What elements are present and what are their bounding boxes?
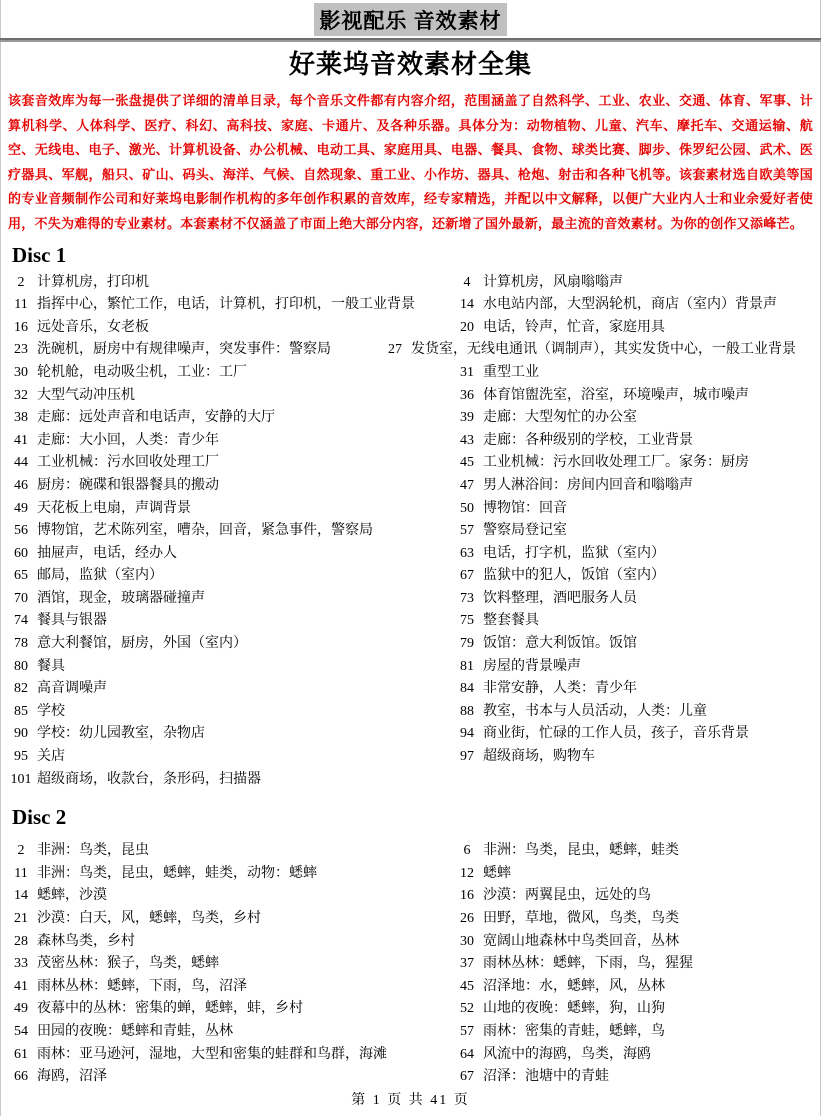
track-description: 沼泽地：水，蟋蟀，风，丛林 <box>483 979 665 994</box>
track-item: 16沙漠：两翼昆虫，远处的鸟 <box>455 885 651 908</box>
track-description: 雨林：密集的青蛙，蟋蟀，鸟 <box>483 1024 665 1039</box>
track-description: 沼泽：池塘中的青蛙 <box>483 1069 609 1084</box>
disc-section: Disc 22非洲：鸟类，昆虫6非洲：鸟类，昆虫，蟋蟀，蛙类11非洲：鸟类，昆虫… <box>0 804 821 1089</box>
track-item: 63电话，打字机，监狱（室内） <box>455 543 665 566</box>
track-number: 101 <box>9 769 33 792</box>
track-description: 雨林丛林：蟋蟀，下雨，鸟，沼泽 <box>37 979 247 994</box>
track-row: 70酒馆，现金，玻璃器碰撞声73饮料整理，酒吧服务人员 <box>0 588 821 611</box>
track-item: 84非常安静，人类：青少年 <box>455 678 637 701</box>
track-row: 56博物馆，艺术陈列室，嘈杂，回音，紧急事件，警察局57警察局登记室 <box>0 520 821 543</box>
track-description: 监狱中的犯人，饭馆（室内） <box>483 568 665 583</box>
track-row: 85学校88教室，书本与人员活动，人类：儿童 <box>0 701 821 724</box>
track-number: 47 <box>455 475 479 498</box>
track-row: 80餐具81房屋的背景噪声 <box>0 656 821 679</box>
track-item: 43走廊：各种级别的学校，工业背景 <box>455 430 693 453</box>
track-item: 78意大利餐馆，厨房，外国（室内） <box>0 636 247 651</box>
track-description: 工业机械：污水回收处理工厂。家务：厨房 <box>483 455 749 470</box>
track-description: 教室，书本与人员活动，人类：儿童 <box>483 704 707 719</box>
track-number: 50 <box>455 498 479 521</box>
track-item: 95关店 <box>0 749 65 764</box>
track-item: 80餐具 <box>0 659 65 674</box>
track-number: 21 <box>9 908 33 931</box>
track-description: 商业街，忙碌的工作人员，孩子，音乐背景 <box>483 726 749 741</box>
track-number: 88 <box>455 701 479 724</box>
track-number: 82 <box>9 678 33 701</box>
track-number: 78 <box>9 633 33 656</box>
track-item: 41雨林丛林：蟋蟀，下雨，鸟，沼泽 <box>0 979 247 994</box>
track-item: 27发货室，无线电通讯（调制声），其实发货中心，一般工业背景 <box>383 339 796 362</box>
page-title: 好莱坞音效素材全集 <box>0 48 821 82</box>
track-description: 意大利餐馆，厨房，外国（室内） <box>37 636 247 651</box>
track-row: 65邮局，监狱（室内）67监狱中的犯人，饭馆（室内） <box>0 565 821 588</box>
track-item: 31重型工业 <box>455 362 539 385</box>
page-number-text: 第 1 页 共 41 页 <box>351 1093 470 1108</box>
track-item: 57雨林：密集的青蛙，蟋蟀，鸟 <box>455 1021 665 1044</box>
track-row: 41雨林丛林：蟋蟀，下雨，鸟，沼泽45沼泽地：水，蟋蟀，风，丛林 <box>0 976 821 999</box>
track-description: 饮料整理，酒吧服务人员 <box>483 591 637 606</box>
track-description: 房屋的背景噪声 <box>483 659 581 674</box>
track-number: 56 <box>9 520 33 543</box>
track-description: 远处音乐，女老板 <box>37 320 149 335</box>
track-item: 6非洲：鸟类，昆虫，蟋蟀，蛙类 <box>455 840 679 863</box>
track-row: 82高音调噪声84非常安静，人类：青少年 <box>0 678 821 701</box>
track-row: 74餐具与银器75整套餐具 <box>0 610 821 633</box>
track-number: 84 <box>455 678 479 701</box>
track-row: 32大型气动冲压机36体育馆盥洗室，浴室，环境噪声，城市噪声 <box>0 385 821 408</box>
track-item: 66海鸥，沼泽 <box>0 1069 107 1084</box>
track-row: 2计算机房，打印机4计算机房，风扇嗡嗡声 <box>0 272 821 295</box>
track-item: 20电话，铃声，忙音，家庭用具 <box>455 317 665 340</box>
track-description: 轮机舱，电动吸尘机，工业：工厂 <box>37 365 247 380</box>
track-item: 16远处音乐，女老板 <box>0 320 149 335</box>
track-item: 57警察局登记室 <box>455 520 567 543</box>
track-description: 学校：幼儿园教室，杂物店 <box>37 726 205 741</box>
track-description: 风流中的海鸥，鸟类，海鸥 <box>483 1047 651 1062</box>
track-item: 47男人淋浴间：房间内回音和嗡嗡声 <box>455 475 693 498</box>
track-description: 洗碗机，厨房中有规律噪声，突发事件：警察局 <box>37 342 331 357</box>
track-number: 32 <box>9 385 33 408</box>
track-item: 61雨林：亚马逊河，湿地，大型和密集的蛙群和鸟群，海滩 <box>0 1047 387 1062</box>
track-item: 41走廊：大小回，人类：青少年 <box>0 433 219 448</box>
track-item: 75整套餐具 <box>455 610 539 633</box>
track-number: 63 <box>455 543 479 566</box>
track-row: 11指挥中心，繁忙工作，电话，计算机，打印机，一般工业背景14水电站内部，大型涡… <box>0 294 821 317</box>
track-row: 60抽屉声，电话，经办人63电话，打字机，监狱（室内） <box>0 543 821 566</box>
track-item: 73饮料整理，酒吧服务人员 <box>455 588 637 611</box>
track-description: 高音调噪声 <box>37 681 107 696</box>
track-number: 36 <box>455 385 479 408</box>
track-description: 茂密丛林：猴子，鸟类，蟋蟀 <box>37 956 219 971</box>
track-number: 23 <box>9 339 33 362</box>
track-item: 88教室，书本与人员活动，人类：儿童 <box>455 701 707 724</box>
track-item: 21沙漠：白天，风，蟋蟀，鸟类，乡村 <box>0 911 261 926</box>
track-item: 46厨房：碗碟和银器餐具的搬动 <box>0 478 219 493</box>
track-description: 夜幕中的丛林：密集的蝉，蟋蟀，蚌，乡村 <box>37 1001 303 1016</box>
track-number: 2 <box>9 840 33 863</box>
track-number: 11 <box>9 863 33 886</box>
track-description: 水电站内部，大型涡轮机，商店（室内）背景声 <box>483 297 777 312</box>
track-item: 67监狱中的犯人，饭馆（室内） <box>455 565 665 588</box>
track-row: 23洗碗机，厨房中有规律噪声，突发事件：警察局27发货室，无线电通讯（调制声），… <box>0 339 821 362</box>
track-description: 学校 <box>37 704 65 719</box>
track-number: 20 <box>455 317 479 340</box>
track-row: 21沙漠：白天，风，蟋蟀，鸟类，乡村26田野，草地，微风，鸟类，鸟类 <box>0 908 821 931</box>
track-item: 49夜幕中的丛林：密集的蝉，蟋蟀，蚌，乡村 <box>0 1001 303 1016</box>
track-number: 45 <box>455 976 479 999</box>
track-description: 警察局登记室 <box>483 523 567 538</box>
track-item: 39走廊：大型匆忙的办公室 <box>455 407 637 430</box>
track-number: 60 <box>9 543 33 566</box>
track-description: 博物馆：回音 <box>483 501 567 516</box>
track-description: 发货室，无线电通讯（调制声），其实发货中心，一般工业背景 <box>411 342 796 357</box>
page-number-footer: 第 1 页 共 41 页 <box>0 1089 821 1109</box>
track-description: 关店 <box>37 749 65 764</box>
track-number: 31 <box>455 362 479 385</box>
track-item: 50博物馆：回音 <box>455 498 567 521</box>
track-number: 95 <box>9 746 33 769</box>
track-number: 94 <box>455 723 479 746</box>
track-row: 90学校：幼儿园教室，杂物店94商业街，忙碌的工作人员，孩子，音乐背景 <box>0 723 821 746</box>
track-number: 97 <box>455 746 479 769</box>
track-number: 73 <box>455 588 479 611</box>
track-number: 28 <box>9 931 33 954</box>
track-description: 雨林：亚马逊河，湿地，大型和密集的蛙群和鸟群，海滩 <box>37 1047 387 1062</box>
track-item: 28森林鸟类，乡村 <box>0 934 135 949</box>
track-description: 田野，草地，微风，鸟类，鸟类 <box>483 911 679 926</box>
track-description: 山地的夜晚：蟋蟀，狗，山狗 <box>483 1001 665 1016</box>
track-item: 94商业街，忙碌的工作人员，孩子，音乐背景 <box>455 723 749 746</box>
track-number: 2 <box>9 272 33 295</box>
track-description: 雨林丛林：蟋蟀，下雨，鸟，猩猩 <box>483 956 693 971</box>
track-number: 16 <box>455 885 479 908</box>
track-item: 70酒馆，现金，玻璃器碰撞声 <box>0 591 205 606</box>
track-description: 重型工业 <box>483 365 539 380</box>
track-description: 天花板上电扇，声调背景 <box>37 501 191 516</box>
track-row: 14蟋蟀，沙漠16沙漠：两翼昆虫，远处的鸟 <box>0 885 821 908</box>
track-number: 81 <box>455 656 479 679</box>
track-row: 30轮机舱，电动吸尘机，工业：工厂31重型工业 <box>0 362 821 385</box>
track-number: 67 <box>455 1066 479 1089</box>
track-number: 39 <box>455 407 479 430</box>
track-number: 37 <box>455 953 479 976</box>
track-number: 80 <box>9 656 33 679</box>
track-description: 走廊：大小回，人类：青少年 <box>37 433 219 448</box>
track-description: 非洲：鸟类，昆虫 <box>37 843 149 858</box>
track-description: 蟋蟀 <box>483 866 511 881</box>
track-row: 61雨林：亚马逊河，湿地，大型和密集的蛙群和鸟群，海滩64风流中的海鸥，鸟类，海… <box>0 1044 821 1067</box>
track-row: 28森林鸟类，乡村30宽阔山地森林中鸟类回音，丛林 <box>0 931 821 954</box>
track-description: 蟋蟀，沙漠 <box>37 888 107 903</box>
track-description: 沙漠：白天，风，蟋蟀，鸟类，乡村 <box>37 911 261 926</box>
track-number: 41 <box>9 976 33 999</box>
track-item: 85学校 <box>0 704 65 719</box>
track-description: 超级商场，购物车 <box>483 749 595 764</box>
track-row: 95关店97超级商场，购物车 <box>0 746 821 769</box>
intro-paragraph: 该套音效库为每一张盘提供了详细的清单目录，每个音乐文件都有内容介绍，范围涵盖了自… <box>8 89 813 237</box>
track-item: 60抽屉声，电话，经办人 <box>0 546 177 561</box>
track-row: 49夜幕中的丛林：密集的蝉，蟋蟀，蚌，乡村52山地的夜晚：蟋蟀，狗，山狗 <box>0 998 821 1021</box>
page-header: 影视配乐 音效素材 <box>0 0 821 42</box>
track-item: 30轮机舱，电动吸尘机，工业：工厂 <box>0 365 247 380</box>
track-item: 23洗碗机，厨房中有规律噪声，突发事件：警察局 <box>0 342 331 357</box>
track-item: 90学校：幼儿园教室，杂物店 <box>0 726 205 741</box>
disc-heading: Disc 1 <box>12 242 821 268</box>
track-row: 41走廊：大小回，人类：青少年43走廊：各种级别的学校，工业背景 <box>0 430 821 453</box>
track-number: 57 <box>455 1021 479 1044</box>
track-description: 指挥中心，繁忙工作，电话，计算机，打印机，一般工业背景 <box>37 297 415 312</box>
track-item: 2计算机房，打印机 <box>0 275 149 290</box>
track-item: 65邮局，监狱（室内） <box>0 568 163 583</box>
track-number: 74 <box>9 610 33 633</box>
document-page: 影视配乐 音效素材 好莱坞音效素材全集 该套音效库为每一张盘提供了详细的清单目录… <box>0 0 821 1116</box>
track-item: 67沼泽：池塘中的青蛙 <box>455 1066 609 1089</box>
track-number: 38 <box>9 407 33 430</box>
track-description: 超级商场，收款台，条形码，扫描器 <box>37 772 261 787</box>
track-number: 30 <box>455 931 479 954</box>
track-description: 体育馆盥洗室，浴室，环境噪声，城市噪声 <box>483 388 749 403</box>
track-item: 82高音调噪声 <box>0 681 107 696</box>
track-number: 64 <box>455 1044 479 1067</box>
track-number: 90 <box>9 723 33 746</box>
track-number: 44 <box>9 452 33 475</box>
track-number: 27 <box>383 339 407 362</box>
track-row: 44工业机械：污水回收处理工厂45工业机械：污水回收处理工厂。家务：厨房 <box>0 452 821 475</box>
track-description: 酒馆，现金，玻璃器碰撞声 <box>37 591 205 606</box>
track-description: 电话，铃声，忙音，家庭用具 <box>483 320 665 335</box>
track-description: 工业机械：污水回收处理工厂 <box>37 455 219 470</box>
track-item: 14蟋蟀，沙漠 <box>0 888 107 903</box>
track-number: 75 <box>455 610 479 633</box>
track-item: 36体育馆盥洗室，浴室，环境噪声，城市噪声 <box>455 385 749 408</box>
track-item: 64风流中的海鸥，鸟类，海鸥 <box>455 1044 651 1067</box>
track-item: 32大型气动冲压机 <box>0 388 135 403</box>
track-number: 30 <box>9 362 33 385</box>
track-item: 44工业机械：污水回收处理工厂 <box>0 455 219 470</box>
track-row: 2非洲：鸟类，昆虫6非洲：鸟类，昆虫，蟋蟀，蛙类 <box>0 840 821 863</box>
track-item: 74餐具与银器 <box>0 613 107 628</box>
track-row: 33茂密丛林：猴子，鸟类，蟋蟀37雨林丛林：蟋蟀，下雨，鸟，猩猩 <box>0 953 821 976</box>
track-description: 非洲：鸟类，昆虫，蟋蟀，蛙类，动物：蟋蟀 <box>37 866 317 881</box>
track-item: 54田园的夜晚：蟋蟀和青蛙，丛林 <box>0 1024 233 1039</box>
track-item: 30宽阔山地森林中鸟类回音，丛林 <box>455 931 679 954</box>
track-item: 45工业机械：污水回收处理工厂。家务：厨房 <box>455 452 749 475</box>
track-number: 14 <box>455 294 479 317</box>
track-description: 整套餐具 <box>483 613 539 628</box>
track-item: 101超级商场，收款台，条形码，扫描器 <box>0 772 261 787</box>
track-item: 56博物馆，艺术陈列室，嘈杂，回音，紧急事件，警察局 <box>0 523 373 538</box>
track-item: 81房屋的背景噪声 <box>455 656 581 679</box>
track-description: 抽屉声，电话，经办人 <box>37 546 177 561</box>
track-description: 厨房：碗碟和银器餐具的搬动 <box>37 478 219 493</box>
track-number: 61 <box>9 1044 33 1067</box>
track-number: 12 <box>455 863 479 886</box>
track-description: 邮局，监狱（室内） <box>37 568 163 583</box>
track-description: 电话，打字机，监狱（室内） <box>483 546 665 561</box>
track-number: 49 <box>9 498 33 521</box>
track-description: 海鸥，沼泽 <box>37 1069 107 1084</box>
track-description: 男人淋浴间：房间内回音和嗡嗡声 <box>483 478 693 493</box>
track-description: 计算机房，风扇嗡嗡声 <box>483 275 623 290</box>
track-description: 走廊：各种级别的学校，工业背景 <box>483 433 693 448</box>
track-description: 非洲：鸟类，昆虫，蟋蟀，蛙类 <box>483 843 679 858</box>
track-number: 6 <box>455 840 479 863</box>
track-description: 大型气动冲压机 <box>37 388 135 403</box>
track-number: 57 <box>455 520 479 543</box>
header-banner: 影视配乐 音效素材 <box>314 3 506 36</box>
track-description: 博物馆，艺术陈列室，嘈杂，回音，紧急事件，警察局 <box>37 523 373 538</box>
track-number: 67 <box>455 565 479 588</box>
track-description: 宽阔山地森林中鸟类回音，丛林 <box>483 934 679 949</box>
track-item: 26田野，草地，微风，鸟类，鸟类 <box>455 908 679 931</box>
track-item: 52山地的夜晚：蟋蟀，狗，山狗 <box>455 998 665 1021</box>
track-number: 70 <box>9 588 33 611</box>
track-number: 45 <box>455 452 479 475</box>
track-number: 66 <box>9 1066 33 1089</box>
header-divider-rule <box>0 38 821 42</box>
track-number: 79 <box>455 633 479 656</box>
track-item: 38走廊：远处声音和电话声，安静的大厅 <box>0 410 275 425</box>
track-row: 38走廊：远处声音和电话声，安静的大厅39走廊：大型匆忙的办公室 <box>0 407 821 430</box>
track-item: 37雨林丛林：蟋蟀，下雨，鸟，猩猩 <box>455 953 693 976</box>
track-description: 走廊：远处声音和电话声，安静的大厅 <box>37 410 275 425</box>
disc-sections: Disc 12计算机房，打印机4计算机房，风扇嗡嗡声11指挥中心，繁忙工作，电话… <box>0 242 821 1089</box>
track-description: 走廊：大型匆忙的办公室 <box>483 410 637 425</box>
track-item: 33茂密丛林：猴子，鸟类，蟋蟀 <box>0 956 219 971</box>
track-number: 85 <box>9 701 33 724</box>
track-item: 2非洲：鸟类，昆虫 <box>0 843 149 858</box>
track-number: 14 <box>9 885 33 908</box>
track-description: 田园的夜晚：蟋蟀和青蛙，丛林 <box>37 1024 233 1039</box>
track-description: 餐具与银器 <box>37 613 107 628</box>
track-item: 97超级商场，购物车 <box>455 746 595 769</box>
track-description: 餐具 <box>37 659 65 674</box>
track-number: 41 <box>9 430 33 453</box>
track-description: 沙漠：两翼昆虫，远处的鸟 <box>483 888 651 903</box>
track-row: 11非洲：鸟类，昆虫，蟋蟀，蛙类，动物：蟋蟀12蟋蟀 <box>0 863 821 886</box>
track-number: 52 <box>455 998 479 1021</box>
track-number: 26 <box>455 908 479 931</box>
track-row: 46厨房：碗碟和银器餐具的搬动47男人淋浴间：房间内回音和嗡嗡声 <box>0 475 821 498</box>
track-row: 54田园的夜晚：蟋蟀和青蛙，丛林57雨林：密集的青蛙，蟋蟀，鸟 <box>0 1021 821 1044</box>
track-item: 4计算机房，风扇嗡嗡声 <box>455 272 623 295</box>
track-number: 33 <box>9 953 33 976</box>
track-item: 49天花板上电扇，声调背景 <box>0 501 191 516</box>
track-item: 11非洲：鸟类，昆虫，蟋蟀，蛙类，动物：蟋蟀 <box>0 866 317 881</box>
track-row: 49天花板上电扇，声调背景50博物馆：回音 <box>0 498 821 521</box>
track-item: 11指挥中心，繁忙工作，电话，计算机，打印机，一般工业背景 <box>0 297 415 312</box>
track-item: 14水电站内部，大型涡轮机，商店（室内）背景声 <box>455 294 777 317</box>
track-number: 16 <box>9 317 33 340</box>
track-description: 非常安静，人类：青少年 <box>483 681 637 696</box>
track-number: 4 <box>455 272 479 295</box>
track-number: 46 <box>9 475 33 498</box>
track-description: 计算机房，打印机 <box>37 275 149 290</box>
track-item: 45沼泽地：水，蟋蟀，风，丛林 <box>455 976 665 999</box>
disc-section: Disc 12计算机房，打印机4计算机房，风扇嗡嗡声11指挥中心，繁忙工作，电话… <box>0 242 821 792</box>
track-number: 11 <box>9 294 33 317</box>
track-number: 43 <box>455 430 479 453</box>
track-description: 饭馆：意大利饭馆。饭馆 <box>483 636 637 651</box>
track-number: 49 <box>9 998 33 1021</box>
track-row: 16远处音乐，女老板20电话，铃声，忙音，家庭用具 <box>0 317 821 340</box>
track-item: 79饭馆：意大利饭馆。饭馆 <box>455 633 637 656</box>
track-description: 森林鸟类，乡村 <box>37 934 135 949</box>
track-row: 101超级商场，收款台，条形码，扫描器 <box>0 769 821 792</box>
track-row: 66海鸥，沼泽67沼泽：池塘中的青蛙 <box>0 1066 821 1089</box>
track-item: 12蟋蟀 <box>455 863 511 886</box>
track-number: 54 <box>9 1021 33 1044</box>
track-number: 65 <box>9 565 33 588</box>
disc-heading: Disc 2 <box>12 804 821 830</box>
track-row: 78意大利餐馆，厨房，外国（室内）79饭馆：意大利饭馆。饭馆 <box>0 633 821 656</box>
